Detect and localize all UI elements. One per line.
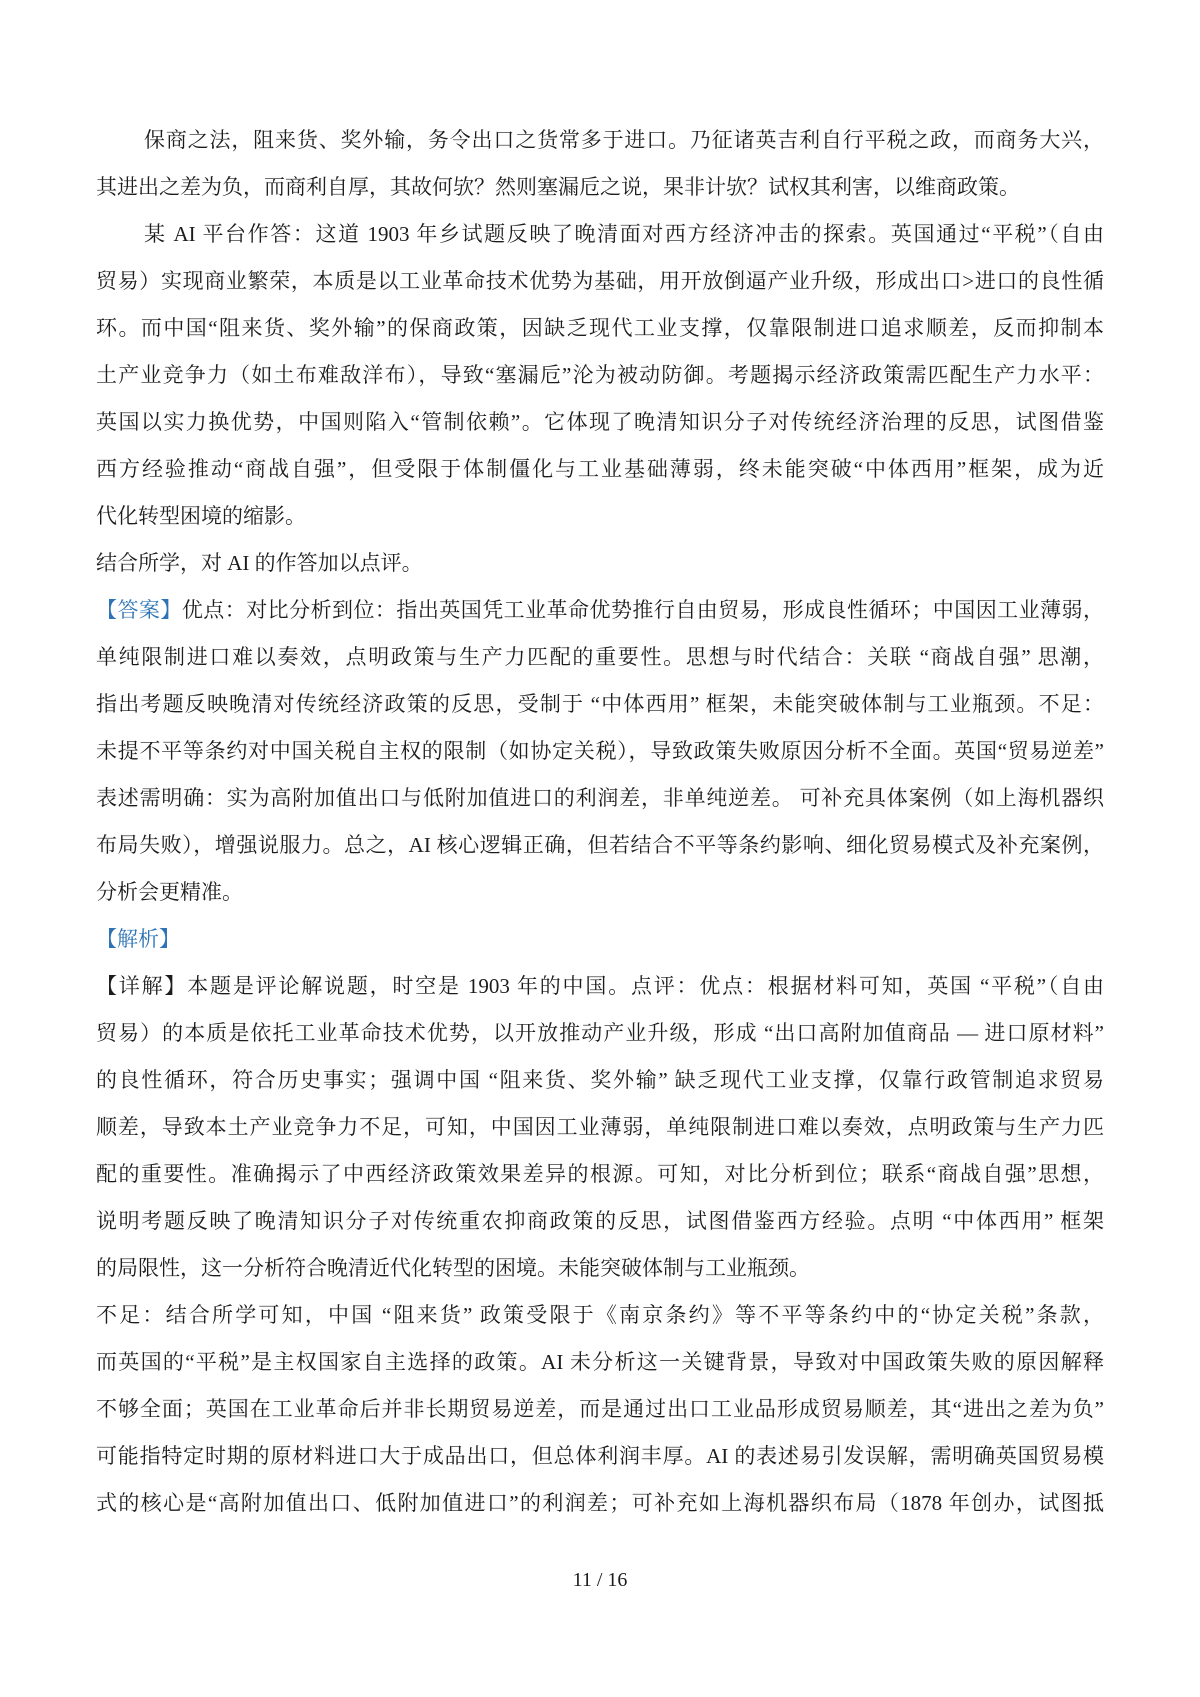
line-text: 某 AI 平台作答：这道 1903 年乡试题反映了晚清面对西方经济冲击的探索。英… (144, 222, 1104, 246)
text-line: 而英国的“平税”是主权国家自主选择的政策。AI 未分析这一关键背景，导致对中国政… (96, 1339, 1104, 1386)
line-text: 保商之法，阻来货、奖外输，务令出口之货常多于进口。乃征诸英吉利自行平税之政，而商… (144, 128, 1104, 152)
text-line: 式的核心是“高附加值出口、低附加值进口”的利润差；可补充如上海机器织布局（187… (96, 1480, 1104, 1527)
line-text: 说明考题反映了晚清知识分子对传统重农抑商政策的反思，试图借鉴西方经验。点明 “中… (96, 1209, 1104, 1233)
line-text: 布局失败），增强说服力。总之，AI 核心逻辑正确，但若结合不平等条约影响、细化贸… (96, 833, 1104, 857)
line-text: 结合所学，对 AI 的作答加以点评。 (96, 551, 423, 575)
text-lines: 保商之法，阻来货、奖外输，务令出口之货常多于进口。乃征诸英吉利自行平税之政，而商… (96, 117, 1104, 1527)
line-text: 贸易）实现商业繁荣，本质是以工业革命技术优势为基础，用开放倒逼产业升级，形成出口… (96, 269, 1104, 293)
text-line: 不足：结合所学可知，中国 “阻来货” 政策受限于《南京条约》等不平等条约中的“协… (96, 1292, 1104, 1339)
text-line: 单纯限制进口难以奏效，点明政策与生产力匹配的重要性。思想与时代结合：关联 “商战… (96, 634, 1104, 681)
line-text: 指出考题反映晚清对传统经济政策的反思，受制于 “中体西用” 框架，未能突破体制与… (96, 692, 1104, 716)
section-label: 【解析】 (96, 927, 180, 951)
line-text: 顺差，导致本土产业竞争力不足，可知，中国因工业薄弱，单纯限制进口难以奏效，点明政… (96, 1115, 1104, 1139)
line-text: 优点：对比分析到位：指出英国凭工业革命优势推行自由贸易，形成良性循环；中国因工业… (182, 598, 1104, 622)
text-line: 不够全面；英国在工业革命后并非长期贸易逆差，而是通过出口工业品形成贸易顺差，其“… (96, 1386, 1104, 1433)
line-text: 不够全面；英国在工业革命后并非长期贸易逆差，而是通过出口工业品形成贸易顺差，其“… (96, 1397, 1104, 1421)
text-line: 某 AI 平台作答：这道 1903 年乡试题反映了晚清面对西方经济冲击的探索。英… (96, 211, 1104, 258)
line-text: 式的核心是“高附加值出口、低附加值进口”的利润差；可补充如上海机器织布局（187… (96, 1491, 1104, 1515)
line-text: 分析会更精准。 (96, 880, 243, 904)
text-line: 分析会更精准。 (96, 869, 1104, 916)
text-line: 表述需明确：实为高附加值出口与低附加值进口的利润差，非单纯逆差。 可补充具体案例… (96, 775, 1104, 822)
line-text: 单纯限制进口难以奏效，点明政策与生产力匹配的重要性。思想与时代结合：关联 “商战… (96, 645, 1104, 669)
text-line: 可能指特定时期的原材料进口大于成品出口，但总体利润丰厚。AI 的表述易引发误解，… (96, 1433, 1104, 1480)
text-line: 贸易）实现商业繁荣，本质是以工业革命技术优势为基础，用开放倒逼产业升级，形成出口… (96, 258, 1104, 305)
document-page: 保商之法，阻来货、奖外输，务令出口之货常多于进口。乃征诸英吉利自行平税之政，而商… (0, 0, 1200, 1697)
line-text: 而英国的“平税”是主权国家自主选择的政策。AI 未分析这一关键背景，导致对中国政… (96, 1350, 1104, 1374)
line-text: 其进出之差为负，而商利自厚，其故何欤？然则塞漏卮之说，果非计欤？试权其利害，以维… (96, 175, 1020, 199)
line-text: 表述需明确：实为高附加值出口与低附加值进口的利润差，非单纯逆差。 可补充具体案例… (96, 786, 1104, 810)
text-line: 未提不平等条约对中国关税自主权的限制（如协定关税），导致政策失败原因分析不全面。… (96, 728, 1104, 775)
line-text: 代化转型困境的缩影。 (96, 504, 306, 528)
line-text: 的良性循环，符合历史事实；强调中国 “阻来货、奖外输” 缺乏现代工业支撑，仅靠行… (96, 1068, 1104, 1092)
section-label: 【答案】 (96, 598, 182, 622)
line-text: 英国以实力换优势，中国则陷入“管制依赖”。它体现了晚清知识分子对传统经济治理的反… (96, 410, 1104, 434)
text-line: 英国以实力换优势，中国则陷入“管制依赖”。它体现了晚清知识分子对传统经济治理的反… (96, 399, 1104, 446)
text-line: 顺差，导致本土产业竞争力不足，可知，中国因工业薄弱，单纯限制进口难以奏效，点明政… (96, 1104, 1104, 1151)
text-line: 说明考题反映了晚清知识分子对传统重农抑商政策的反思，试图借鉴西方经验。点明 “中… (96, 1198, 1104, 1245)
text-line: 结合所学，对 AI 的作答加以点评。 (96, 540, 1104, 587)
text-line: 土产业竞争力（如土布难敌洋布），导致“塞漏卮”沦为被动防御。考题揭示经济政策需匹… (96, 352, 1104, 399)
line-text: 可能指特定时期的原材料进口大于成品出口，但总体利润丰厚。AI 的表述易引发误解，… (96, 1444, 1104, 1468)
text-line: 西方经验推动“商战自强”，但受限于体制僵化与工业基础薄弱，终未能突破“中体西用”… (96, 446, 1104, 493)
text-line: 环。而中国“阻来货、奖外输”的保商政策，因缺乏现代工业支撑，仅靠限制进口追求顺差… (96, 305, 1104, 352)
text-line: 布局失败），增强说服力。总之，AI 核心逻辑正确，但若结合不平等条约影响、细化贸… (96, 822, 1104, 869)
line-text: 环。而中国“阻来货、奖外输”的保商政策，因缺乏现代工业支撑，仅靠限制进口追求顺差… (96, 316, 1104, 340)
text-line: 的良性循环，符合历史事实；强调中国 “阻来货、奖外输” 缺乏现代工业支撑，仅靠行… (96, 1057, 1104, 1104)
line-text: 土产业竞争力（如土布难敌洋布），导致“塞漏卮”沦为被动防御。考题揭示经济政策需匹… (96, 363, 1104, 387)
text-line: 指出考题反映晚清对传统经济政策的反思，受制于 “中体西用” 框架，未能突破体制与… (96, 681, 1104, 728)
text-line: 其进出之差为负，而商利自厚，其故何欤？然则塞漏卮之说，果非计欤？试权其利害，以维… (96, 164, 1104, 211)
text-line: 配的重要性。准确揭示了中西经济政策效果差异的根源。可知，对比分析到位；联系“商战… (96, 1151, 1104, 1198)
text-line: 保商之法，阻来货、奖外输，务令出口之货常多于进口。乃征诸英吉利自行平税之政，而商… (96, 117, 1104, 164)
text-line: 【答案】优点：对比分析到位：指出英国凭工业革命优势推行自由贸易，形成良性循环；中… (96, 587, 1104, 634)
text-line: 【详解】本题是评论解说题，时空是 1903 年的中国。点评：优点：根据材料可知，… (96, 963, 1104, 1010)
line-text: 未提不平等条约对中国关税自主权的限制（如协定关税），导致政策失败原因分析不全面。… (96, 739, 1104, 763)
line-text: 的局限性，这一分析符合晚清近代化转型的困境。未能突破体制与工业瓶颈。 (96, 1256, 810, 1280)
text-line: 的局限性，这一分析符合晚清近代化转型的困境。未能突破体制与工业瓶颈。 (96, 1245, 1104, 1292)
page-number: 11 / 16 (0, 1565, 1200, 1595)
line-text: 【详解】本题是评论解说题，时空是 1903 年的中国。点评：优点：根据材料可知，… (96, 974, 1104, 998)
line-text: 西方经验推动“商战自强”，但受限于体制僵化与工业基础薄弱，终未能突破“中体西用”… (96, 457, 1104, 481)
text-line: 【解析】 (96, 916, 1104, 963)
line-text: 不足：结合所学可知，中国 “阻来货” 政策受限于《南京条约》等不平等条约中的“协… (96, 1303, 1104, 1327)
line-text: 配的重要性。准确揭示了中西经济政策效果差异的根源。可知，对比分析到位；联系“商战… (96, 1162, 1104, 1186)
text-line: 贸易）的本质是依托工业革命技术优势，以开放推动产业升级，形成 “出口高附加值商品… (96, 1010, 1104, 1057)
text-line: 代化转型困境的缩影。 (96, 493, 1104, 540)
line-text: 贸易）的本质是依托工业革命技术优势，以开放推动产业升级，形成 “出口高附加值商品… (96, 1021, 1104, 1045)
